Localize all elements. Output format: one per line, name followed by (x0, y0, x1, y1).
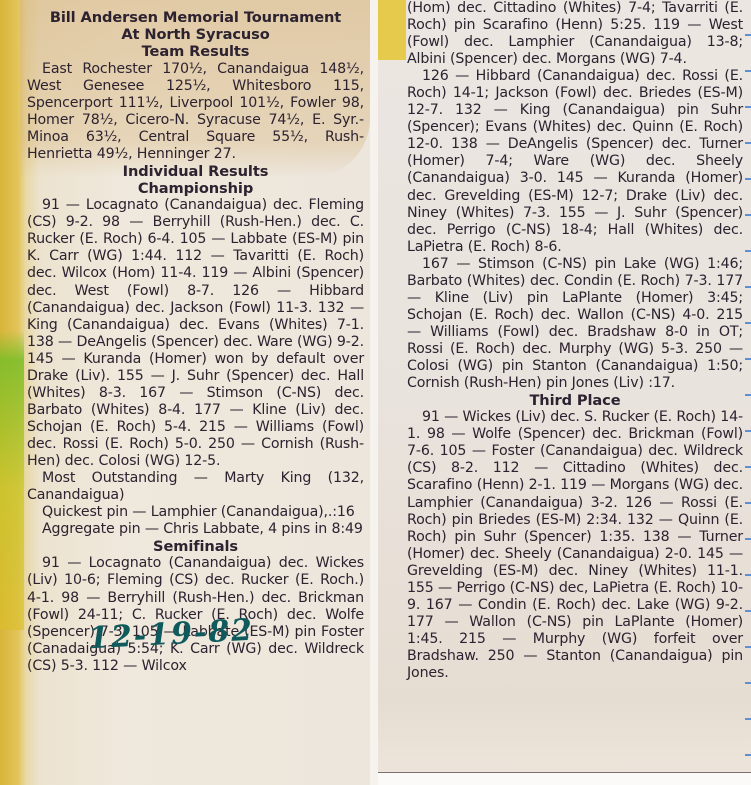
third-place-results: 91 — Wickes (Liv) dec. S. Rucker (E. Roc… (407, 409, 743, 682)
clipping-bottom-edge (378, 772, 751, 785)
article-location: At North Syracuso (27, 26, 364, 43)
semifinals-results-right-2: 126 — Hibbard (Canandaigua) dec. Rossi (… (407, 68, 743, 256)
team-results-text: East Rochester 170½, Canandaigua 148½, W… (27, 61, 364, 163)
championship-heading: Championship (27, 180, 364, 197)
article-title: Bill Andersen Memorial Tournament (27, 9, 364, 26)
most-outstanding: Most Outstanding — Marty King (132, Cana… (27, 470, 364, 504)
column-gutter (370, 0, 378, 785)
quickest-pin: Quickest pin — Lamphier (Canandaigua),.:… (27, 504, 364, 521)
individual-results-heading: Individual Results (27, 163, 364, 180)
semifinals-heading: Semifinals (27, 538, 364, 555)
championship-results: 91 — Locagnato (Canandaigua) dec. Flemin… (27, 197, 364, 470)
team-results-heading: Team Results (27, 43, 364, 60)
semifinals-results-right-1: (Hom) dec. Cittadino (Whites) 7-4; Tavar… (407, 0, 743, 68)
aggregate-pin: Aggregate pin — Chris Labbate, 4 pins in… (27, 521, 364, 538)
third-place-heading: Third Place (407, 392, 743, 409)
semifinals-results-right-3: 167 — Stimson (C-NS) pin Lake (WG) 1:46;… (407, 256, 743, 392)
clipping-left-column: Bill Andersen Memorial Tournament At Nor… (0, 0, 370, 785)
clipping-right-column: (Hom) dec. Cittadino (Whites) 7-4; Tavar… (378, 0, 751, 785)
